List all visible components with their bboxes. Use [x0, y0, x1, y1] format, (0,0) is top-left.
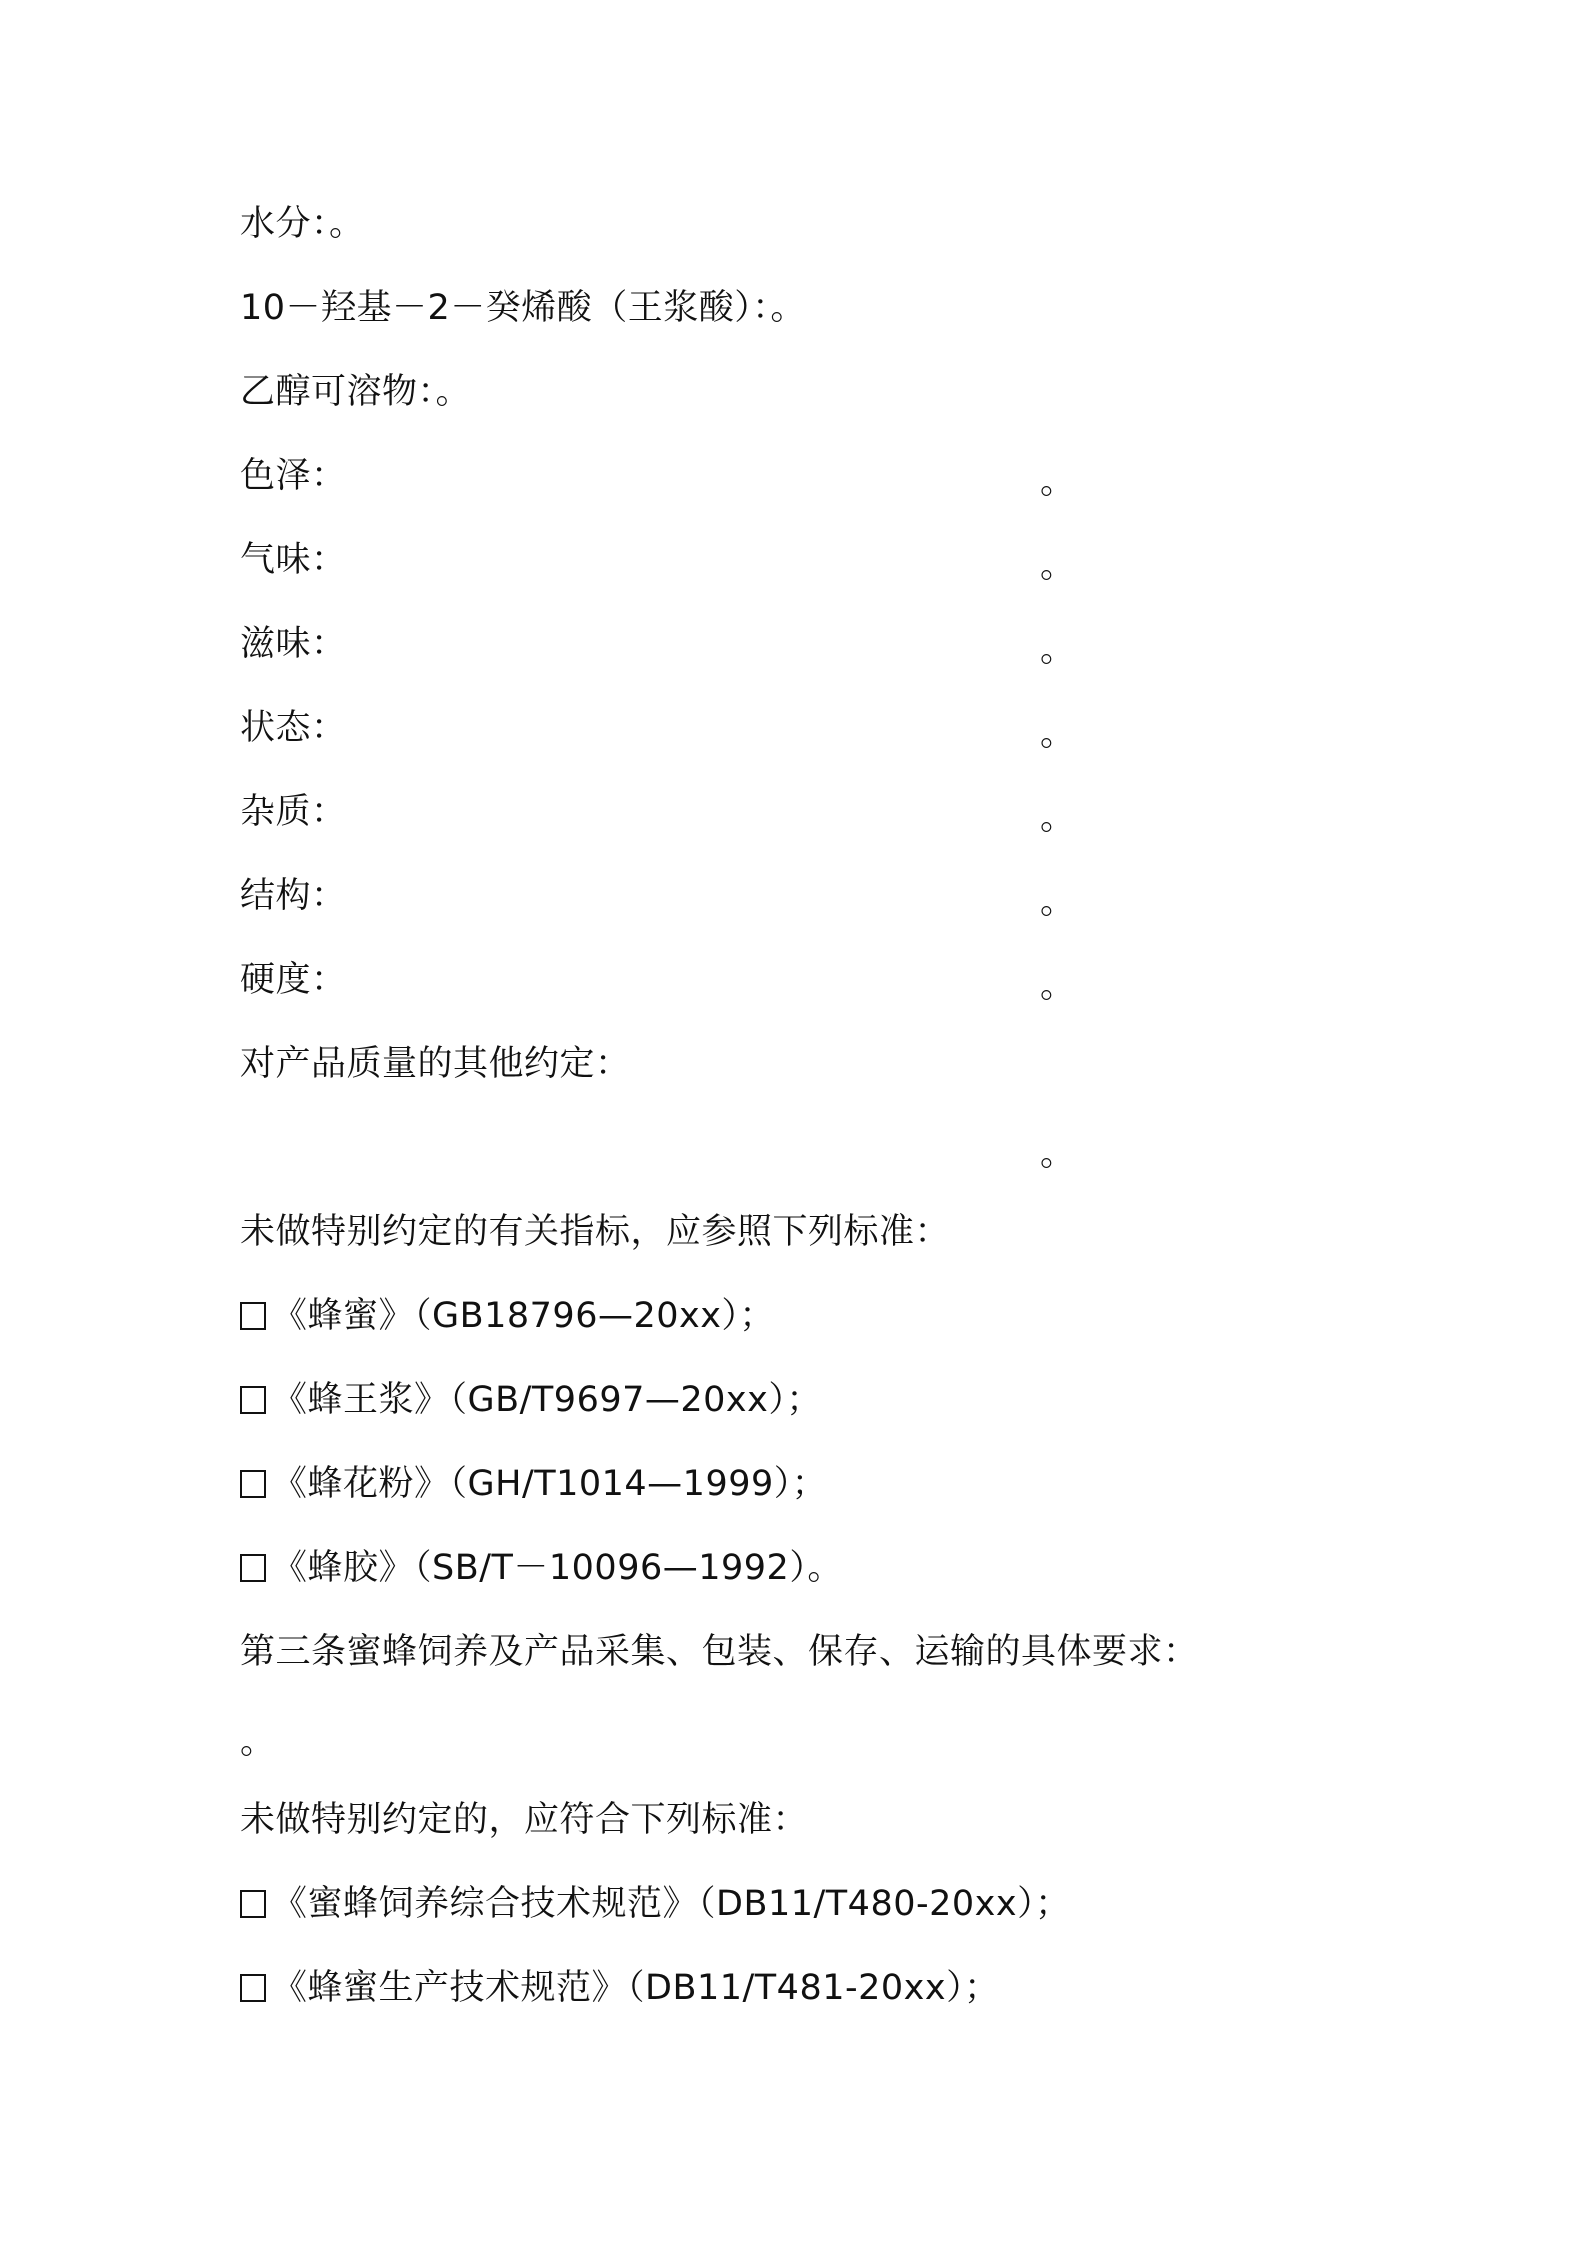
field-label: 状态： [240, 708, 347, 748]
field-label: 结构： [240, 876, 347, 916]
checkbox[interactable] [240, 1470, 266, 1498]
10-hda-line: 10－羟基－2－癸烯酸（王浆酸）：。 [240, 284, 806, 332]
checkbox[interactable] [240, 1974, 266, 2002]
field-value: 。 [436, 372, 472, 412]
blank-end: 。 [1040, 626, 1076, 674]
checkbox[interactable] [240, 1302, 266, 1330]
other-agreement-blank: 。 [240, 1124, 840, 1172]
standard-text: 《蜂王浆》（GB/T9697—20xx）； [272, 1380, 822, 1420]
blank-end: 。 [1040, 878, 1076, 926]
color-line: 色泽： 。 [240, 452, 840, 500]
checkbox[interactable] [240, 1554, 266, 1582]
blank-end: 。 [1040, 710, 1076, 758]
document-page: 水分：。 10－羟基－2－癸烯酸（王浆酸）：。 乙醇可溶物：。 色泽： 。 气味… [0, 0, 1586, 2244]
field-value: 。 [770, 288, 806, 328]
taste-line: 滋味： 。 [240, 620, 840, 668]
field-label: 水分： [240, 204, 329, 244]
other-agreement-label: 对产品质量的其他约定： [240, 1040, 631, 1088]
odor-line: 气味： 。 [240, 536, 840, 584]
standard-item: 《蜂王浆》（GB/T9697—20xx）； [240, 1376, 822, 1424]
standard-text: 《蜂花粉》（GH/T1014—1999）； [272, 1464, 827, 1504]
standard-text: 《蜜蜂饲养综合技术规范》（DB11/T480-20xx）； [272, 1884, 1071, 1924]
reference-intro: 未做特别约定的有关指标，应参照下列标准： [240, 1208, 950, 1256]
blank-end: 。 [1040, 962, 1076, 1010]
standard-text: 《蜂蜜生产技术规范》（DB11/T481-20xx）； [272, 1968, 1000, 2008]
standard-item: 《蜜蜂饲养综合技术规范》（DB11/T480-20xx）； [240, 1880, 1071, 1928]
state-line: 状态： 。 [240, 704, 840, 752]
article-three-title: 第三条蜜蜂饲养及产品采集、包装、保存、运输的具体要求： [240, 1628, 1199, 1676]
blank-end: 。 [1040, 1130, 1076, 1178]
article-three-intro: 未做特别约定的，应符合下列标准： [240, 1796, 808, 1844]
standard-text: 《蜂蜜》（GB18796—20xx）； [272, 1296, 775, 1336]
standard-item: 《蜂蜜生产技术规范》（DB11/T481-20xx）； [240, 1964, 1000, 2012]
blank-end: 。 [1040, 542, 1076, 590]
standard-item: 《蜂花粉》（GH/T1014—1999）； [240, 1460, 827, 1508]
field-label: 气味： [240, 540, 347, 580]
hardness-line: 硬度： 。 [240, 956, 840, 1004]
field-label: 滋味： [240, 624, 347, 664]
structure-line: 结构： 。 [240, 872, 840, 920]
ethanol-soluble-line: 乙醇可溶物：。 [240, 368, 471, 416]
field-value: 。 [329, 204, 365, 244]
standard-item: 《蜂胶》（SB/T－10096—1992）。 [240, 1544, 843, 1592]
field-label: 杂质： [240, 792, 347, 832]
field-label: 10－羟基－2－癸烯酸（王浆酸）： [240, 288, 770, 328]
field-label: 色泽： [240, 456, 347, 496]
blank-end: 。 [1040, 458, 1076, 506]
standard-item: 《蜂蜜》（GB18796—20xx）； [240, 1292, 775, 1340]
moisture-line: 水分：。 [240, 200, 365, 248]
checkbox[interactable] [240, 1890, 266, 1918]
checkbox[interactable] [240, 1386, 266, 1414]
impurity-line: 杂质： 。 [240, 788, 840, 836]
field-label: 乙醇可溶物： [240, 372, 436, 412]
blank-end: 。 [1040, 794, 1076, 842]
article-three-blank: 。 [240, 1718, 276, 1766]
field-label: 硬度： [240, 960, 347, 1000]
standard-text: 《蜂胶》（SB/T－10096—1992）。 [272, 1548, 843, 1588]
